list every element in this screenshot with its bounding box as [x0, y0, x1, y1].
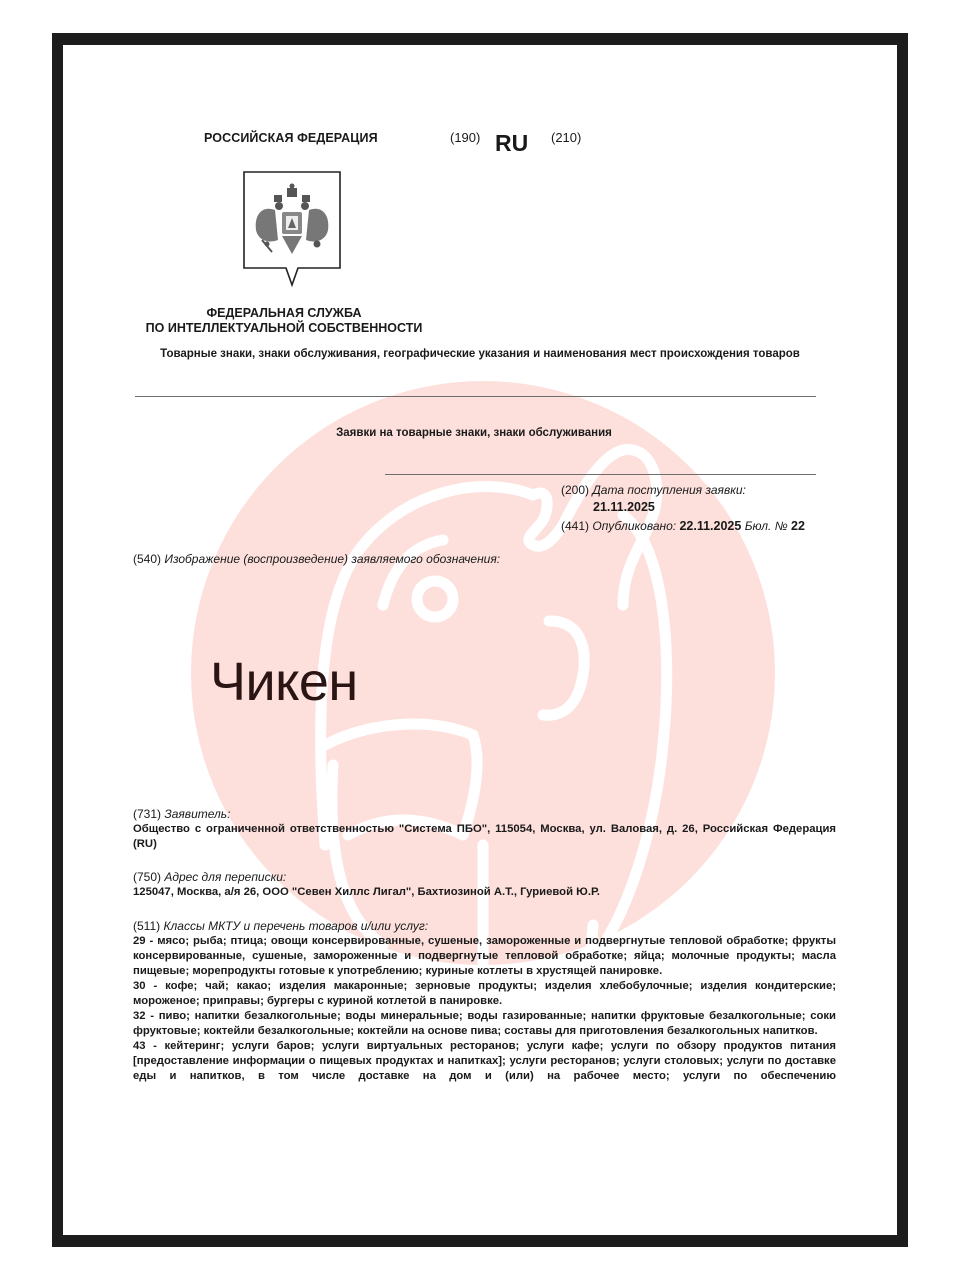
document-subtitle: Товарные знаки, знаки обслуживания, геог…	[63, 348, 897, 360]
filing-date: 21.11.2025	[593, 500, 655, 514]
correspondence-address: 125047, Москва, а/я 26, ООО "Севен Хиллс…	[133, 885, 836, 900]
correspondence-label: (750) Адрес для переписки:	[133, 870, 286, 884]
bulletin-caption: Бюл. №	[745, 519, 788, 533]
publication-info: (441) Опубликовано: 22.11.2025 Бюл. № 22	[561, 519, 805, 533]
applicant-value: Общество с ограниченной ответственностью…	[133, 822, 836, 852]
bulletin-number: 22	[791, 519, 805, 533]
field-code-750: (750)	[133, 870, 161, 884]
mark-image-label: (540) Изображение (воспроизведение) заяв…	[133, 552, 500, 566]
field-code-511: (511)	[133, 919, 160, 933]
field-code-200: (200)	[561, 483, 589, 497]
divider	[135, 396, 816, 397]
mark-image-caption: Изображение (воспроизведение) заявляемог…	[164, 552, 500, 566]
russian-coat-of-arms-icon	[242, 170, 342, 288]
class-item-30: 30 - кофе; чай; какао; изделия макаронны…	[133, 979, 836, 1009]
country-name: РОССИЙСКАЯ ФЕДЕРАЦИЯ	[204, 131, 378, 145]
class-item-43: 43 - кейтеринг; услуги баров; услуги вир…	[133, 1039, 836, 1084]
published-caption: Опубликовано:	[592, 519, 676, 533]
section-title: Заявки на товарные знаки, знаки обслужив…	[63, 427, 885, 439]
published-date: 22.11.2025	[679, 519, 741, 533]
classes-caption: Классы МКТУ и перечень товаров и/или усл…	[163, 919, 428, 933]
applicant-caption: Заявитель:	[164, 807, 230, 821]
filing-date-label: (200) Дата поступления заявки:	[561, 483, 746, 497]
agency-name-line2: ПО ИНТЕЛЛЕКТУАЛЬНОЙ СОБСТВЕННОСТИ	[123, 321, 445, 336]
agency-name-line1: ФЕДЕРАЛЬНАЯ СЛУЖБА	[123, 306, 445, 321]
class-item-29: 29 - мясо; рыба; птица; овощи консервиро…	[133, 934, 836, 979]
correspondence-caption: Адрес для переписки:	[164, 870, 286, 884]
classes-list: 29 - мясо; рыба; птица; овощи консервиро…	[133, 934, 836, 1084]
filing-date-caption: Дата поступления заявки:	[592, 483, 746, 497]
field-code-441: (441)	[561, 519, 589, 533]
trademark-text: Чикен	[210, 651, 358, 713]
country-code: RU	[495, 130, 528, 157]
field-code-210: (210)	[551, 130, 581, 145]
class-item-32: 32 - пиво; напитки безалкогольные; воды …	[133, 1009, 836, 1039]
field-code-540: (540)	[133, 552, 161, 566]
document-page: РОССИЙСКАЯ ФЕДЕРАЦИЯ (190) RU (210)	[63, 45, 897, 1235]
classes-label: (511) Классы МКТУ и перечень товаров и/и…	[133, 919, 428, 933]
agency-name: ФЕДЕРАЛЬНАЯ СЛУЖБА ПО ИНТЕЛЛЕКТУАЛЬНОЙ С…	[123, 306, 445, 336]
field-code-731: (731)	[133, 807, 161, 821]
divider	[385, 474, 816, 475]
applicant-label: (731) Заявитель:	[133, 807, 230, 821]
field-code-190: (190)	[450, 130, 480, 145]
